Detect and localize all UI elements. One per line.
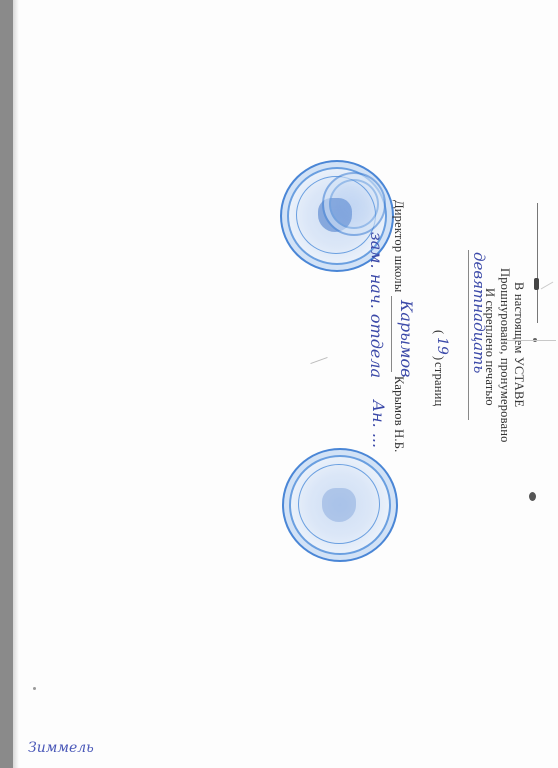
stamp-top-overlap	[322, 172, 386, 236]
pages-open-paren: (	[431, 330, 446, 334]
text-line-2: Прошнуровано, пронумеровано	[497, 268, 512, 443]
thread-center	[310, 357, 327, 364]
handwritten-note-2: Ан. ...	[369, 400, 388, 448]
director-name: Карымов Н.Б.	[391, 376, 406, 452]
pages-count-words: девятнадцать	[470, 252, 488, 373]
dust-dot	[33, 687, 36, 690]
pages-count-number: 19	[434, 337, 450, 355]
pages-close-paren: )	[431, 356, 446, 360]
thread-top	[541, 282, 554, 290]
top-rule	[537, 203, 538, 323]
words-underline	[468, 250, 469, 420]
thread-middle	[500, 340, 556, 341]
scanner-edge-shadow	[13, 0, 19, 768]
text-line-1: В настоящем УСТАВЕ	[511, 282, 526, 407]
staple-mark-top	[534, 278, 539, 290]
pages-suffix: страниц	[431, 362, 446, 406]
hole-mark-bottom	[529, 492, 536, 501]
signature-underline	[391, 296, 392, 372]
stamp-bottom	[282, 448, 398, 562]
bottom-signature: Зиммель	[28, 740, 94, 756]
director-signature: Карымов	[397, 300, 416, 377]
director-label: Директор школы	[391, 200, 406, 292]
handwritten-note: зам. нач. отдела	[367, 232, 386, 378]
scanner-edge-strip	[0, 0, 13, 768]
